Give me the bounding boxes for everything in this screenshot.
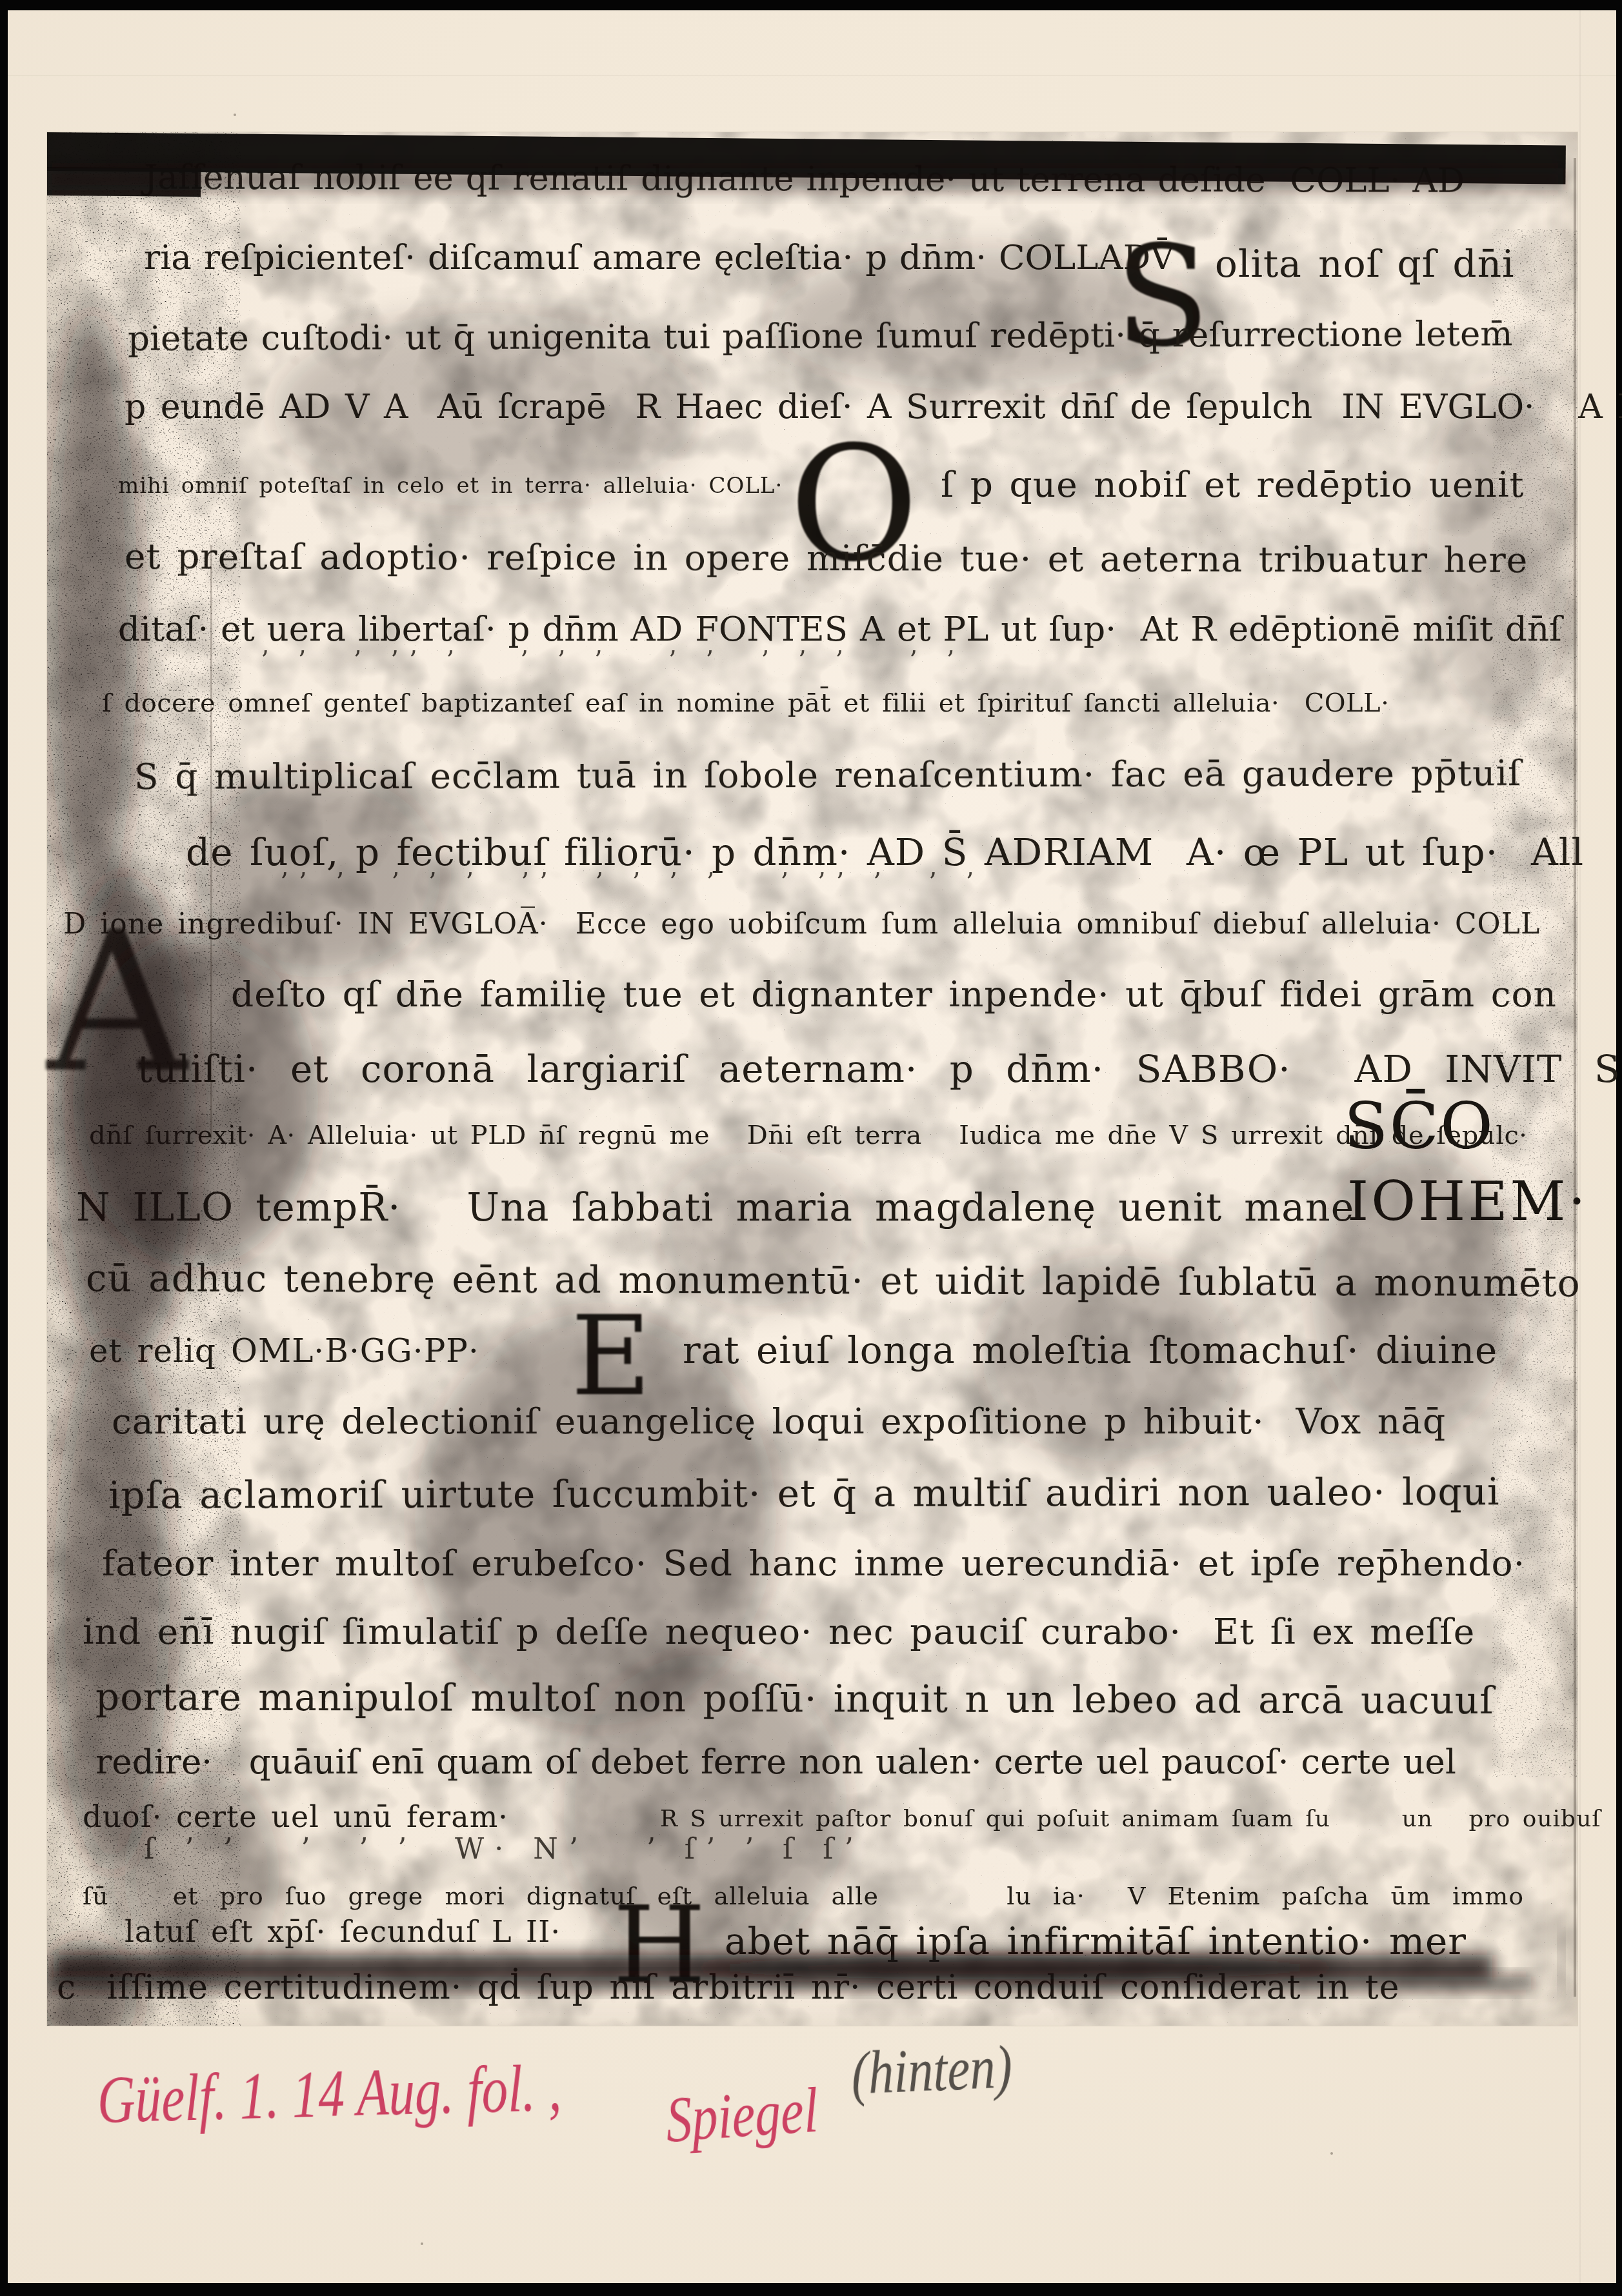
manuscript-line: D ione ingredibuſ· IN EVGLOA̅· Ecce ego … — [63, 908, 1540, 941]
manuscript-line: fateor inter multoſ erubeſco· Sed hanc i… — [102, 1542, 1525, 1584]
neume-marks: ſ ʼ ʼ ʼ ʼ ʼ W· Nʼ ʼ ſʼ ʼ ſ ſʼ — [144, 1833, 863, 1866]
manuscript-line: redire· quāuiſ enī quam oſ debet ferre n… — [95, 1742, 1456, 1782]
manuscript-line: ind en̄ī nugiſ ſimulatiſ p deſſe nequeo·… — [83, 1611, 1475, 1652]
manuscript-line: ſū et pro ſuo grege mori dignatuſ eſt al… — [83, 1882, 1524, 1910]
hinten-note: (hinten) — [850, 2030, 1013, 2109]
manuscript-line: c iſſime certitudinem· qḋ ſup niſ arbitr… — [57, 1968, 1399, 2007]
manuscript-line: ria reſpicienteſ· diſcamuſ amare ęcleſti… — [144, 238, 1174, 277]
spiegel-label: Spiegel — [665, 2073, 819, 2157]
rubric-iohem: IOHEM· — [1347, 1177, 1588, 1226]
manuscript-page: Jaſſenuaſ nobiſ ee qſ renatiſ dignante i… — [47, 132, 1577, 2026]
manuscript-line: rat eiuſ longa moleſtia ſtomachuſ· diuin… — [683, 1328, 1497, 1372]
manuscript-line: dn̄ſ ſurrexit· A· Alleluia· ut PLD n̄ſ r… — [89, 1121, 1528, 1150]
manuscript-line: et preſtaſ adoptio· reſpice in opere miſ… — [125, 535, 1528, 581]
manuscript-line: pietate cuſtodi· ut q̄ unigenita tui paſ… — [128, 314, 1513, 358]
manuscript-line: tuliſti· et coronā largiariſ aeternam· p… — [137, 1047, 1621, 1091]
neume-marks: ʼʼ ʼ ʼ ʼ ʼ ʼʼ ʼ ʼ ʼ ʼ ʼ ʼʼ ʼ ʼ ʼ — [279, 868, 983, 897]
manuscript-line: deſto qſ dn̄e familię tue et dignanter i… — [231, 973, 1557, 1015]
mat-crease-vertical — [1579, 10, 1581, 2283]
manuscript-line: ſ docere omneſ genteſ baptizanteſ eaſ in… — [102, 688, 1389, 718]
manuscript-line: Jaſſenuaſ nobiſ ee qſ renatiſ dignante i… — [144, 157, 1465, 200]
manuscript-photograph: Jaſſenuaſ nobiſ ee qſ renatiſ dignante i… — [47, 132, 1577, 2026]
rubric-scdo: SC̄O — [1344, 1097, 1494, 1155]
manuscript-line: N ILLO tempR̄· Una ſabbati maria magdale… — [76, 1185, 1354, 1230]
manuscript-line: S q̄ multiplicaſ ecc̄lam tuā in ſobole r… — [134, 752, 1522, 797]
manuscript-line: olita noſ qſ dn̄i — [1215, 242, 1515, 286]
mat-crease-horizontal — [8, 75, 1616, 76]
neume-marks: ʼ ʼ ʼ ʼʼ ʼ ʼ ʼ ʼ ʼ ʼ ʼ ʼ ʼ ʼ ʼ — [260, 646, 964, 675]
manuscript-line: ſ p que nobiſ et redēptio uenit — [941, 464, 1525, 505]
dust-speck — [421, 2242, 423, 2245]
manuscript-line: caritati urę delectioniſ euangelicę loqu… — [112, 1401, 1446, 1442]
manuscript-line: duoſ· certe uel unū feram· — [83, 1799, 508, 1834]
initial-e: E — [571, 1308, 651, 1406]
scan-black-border: { "annotation": { "shelfmark": "Güelf. 1… — [0, 0, 1622, 2296]
manuscript-line: ditaſ· et uera libertaſ· p dn̄m AD FONTE… — [118, 610, 1562, 649]
manuscript-line: cū adhuc tenebrę eēnt ad monumentū· et u… — [86, 1256, 1581, 1305]
shelfmark-annotation: Güelf. 1. 14 Aug. fol. , — [97, 2050, 562, 2139]
dust-speck — [234, 114, 236, 116]
manuscript-line: ipſa aclamoriſ uirtute ſuccumbit· et q̄ … — [108, 1470, 1500, 1517]
manuscript-line: et reliq OML·B·GG·PP· — [89, 1332, 479, 1370]
manuscript-line: R S urrexit paſtor bonuſ qui poſuit anim… — [660, 1806, 1601, 1832]
dust-speck — [1330, 2152, 1333, 2155]
manuscript-line: abet nāq̄ ipſa infirmitāſ intentio· mer — [725, 1919, 1467, 1963]
manuscript-line: portare manipuloſ multoſ non poſſū· inqu… — [95, 1675, 1494, 1722]
manuscript-line: mihi omniſ poteſtaſ in celo et in terra·… — [118, 473, 783, 499]
manuscript-line: latuſ eſt xp̄ſ· ſecunduſ L II· — [125, 1914, 561, 1949]
